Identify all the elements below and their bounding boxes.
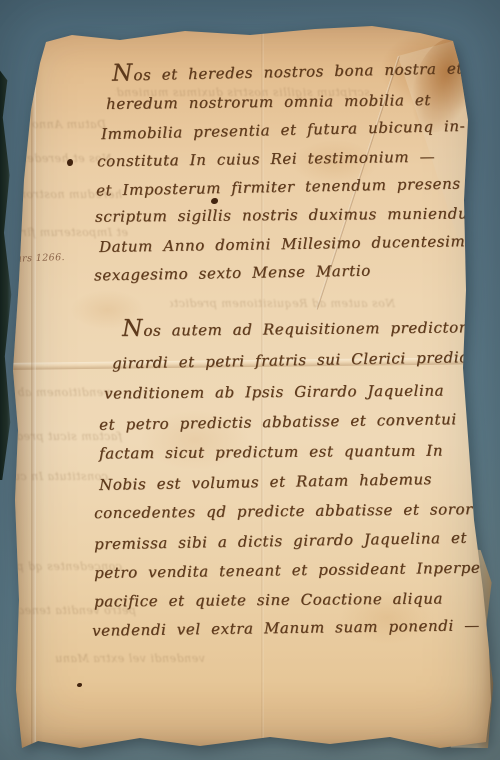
manuscript-line: premissa sibi a dictis girardo Jaquelina… bbox=[94, 529, 467, 554]
paper-shadow: scriptum sigillis nostris duximus munien… bbox=[0, 0, 500, 760]
manuscript-line: heredum nostrorum omnia mobilia et bbox=[106, 91, 431, 113]
manuscript-line: vendendi vel extra Manum suam ponendi — bbox=[92, 616, 480, 639]
manuscript-line: Immobilia presentia et futura ubicunq in… bbox=[101, 117, 466, 143]
manuscript-line: pacifice et quiete sine Coactione aliqua bbox=[94, 589, 443, 610]
manuscript-line: girardi et petri fratris sui Clerici pre… bbox=[112, 348, 499, 373]
manuscript-line: petro vendita teneant et possideant Inpe… bbox=[94, 558, 500, 582]
manuscript-line: Nos et heredes nostros bona nostra et bbox=[112, 58, 463, 84]
manuscript-line: Nos autem ad Requisitionem predictorum bbox=[122, 317, 492, 340]
manuscript-line: factam sicut predictum est quantum In bbox=[99, 441, 443, 462]
manuscript-line: concedentes qd predicte abbatisse et sor… bbox=[94, 500, 491, 522]
manuscript-line: Nobis est volumus et Ratam habemus bbox=[99, 470, 432, 494]
manuscript-text: Nos et heredes nostros bona nostra et he… bbox=[0, 0, 500, 760]
manuscript-page: scriptum sigillis nostris duximus munien… bbox=[0, 0, 500, 760]
manuscript-line: Datum Anno domini Millesimo ducentesimo bbox=[99, 232, 475, 256]
manuscript-line: constituta In cuius Rei testimonium — bbox=[97, 148, 435, 171]
manuscript-line: et petro predictis abbatisse et conventu… bbox=[99, 410, 457, 434]
manuscript-photo: scriptum sigillis nostris duximus munien… bbox=[0, 0, 500, 760]
manuscript-line: sexagesimo sexto Mense Martio bbox=[94, 262, 371, 285]
manuscript-line: venditionem ab Ipsis Girardo Jaquelina bbox=[104, 382, 444, 403]
manuscript-line: et Imposterum firmiter tenendum presens bbox=[96, 175, 461, 200]
manuscript-line: scriptum sigillis nostris duximus munien… bbox=[95, 204, 483, 225]
